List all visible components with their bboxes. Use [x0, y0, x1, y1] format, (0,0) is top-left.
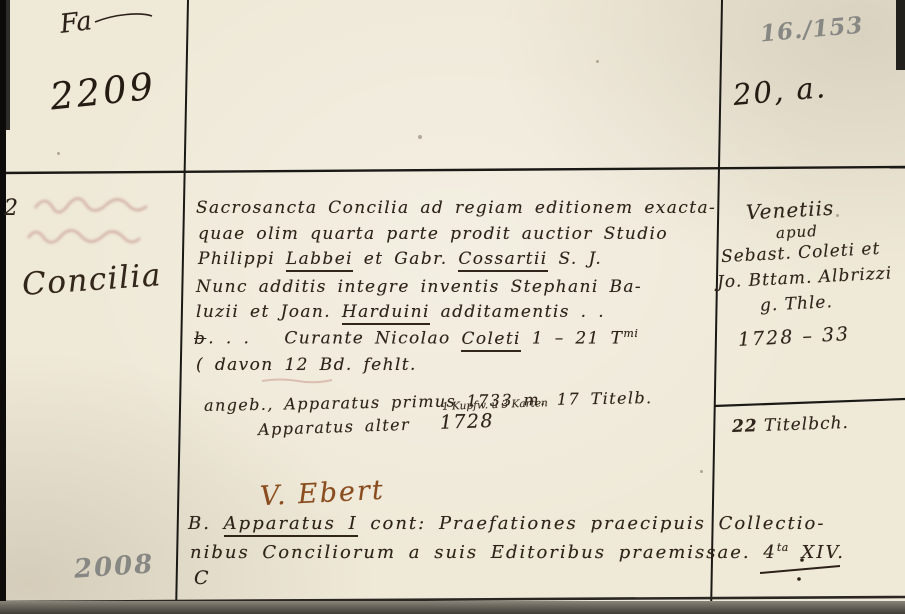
- struck-insertion-mark: b: [194, 329, 206, 349]
- volume-range-superscript: mi: [623, 327, 638, 340]
- plates-word: Titelbch.: [757, 413, 849, 436]
- paper-speck: [596, 60, 599, 63]
- imprint-publisher-2: Jo. Bttam. Albrizzi: [717, 263, 893, 292]
- note-text: cont: Praefationes praecipuis Collectio-: [358, 513, 826, 534]
- author-cossartii: Cossartii: [458, 249, 547, 272]
- title-line-4: Nunc additis integre inventis Stephani B…: [196, 277, 642, 297]
- note-roman-numeral: XIV.: [789, 542, 845, 563]
- scan-edge-top-left: [0, 0, 10, 130]
- paper-speck: [418, 135, 422, 139]
- title-line-3-text: Philippi: [198, 249, 286, 269]
- reference-note-line-2: nibus Conciliorum a suis Editoribus prae…: [190, 541, 845, 563]
- continuation-mark: C: [194, 567, 209, 589]
- fa-flourish-stroke: [95, 14, 152, 22]
- title-line-5-text: luzii et Joan.: [196, 302, 342, 322]
- paper-speck: [700, 470, 703, 473]
- title-line-3: Philippi Labbei et Gabr. Cossartii S. J.: [198, 249, 602, 269]
- apparatus-alter-note: Apparatus alter1728: [258, 410, 495, 440]
- author-harduini: Harduini: [342, 302, 430, 325]
- imprint-years: 1728 – 33: [738, 323, 851, 351]
- note-prefix: B.: [188, 513, 224, 534]
- format-mark: Fa: [58, 6, 93, 40]
- pencil-inventory-number: 2008: [73, 549, 155, 585]
- plates-note: 22 Titelbch.: [732, 413, 850, 437]
- imprint-place: Venetiis: [745, 196, 834, 225]
- location-mark: 20, a.: [732, 70, 828, 112]
- paper-speck: [836, 214, 839, 217]
- title-line-5-text: additamentis . .: [430, 302, 605, 322]
- title-line-2: quae olim quarta parte prodit auctior St…: [198, 224, 668, 244]
- editor-coleti: Coleti: [461, 329, 520, 352]
- title-line-6-text: Curante Nicolao: [284, 329, 461, 349]
- format-number: 4: [763, 542, 776, 563]
- title-line-3-text: S. J.: [548, 249, 603, 269]
- imprint-format-note: g. Thle.: [760, 292, 834, 316]
- imprint-relator: apud: [776, 222, 819, 242]
- left-column-rule-line: [176, 0, 188, 614]
- pink-correction-stroke: [262, 380, 332, 383]
- title-line-5: luzii et Joan. Harduini additamentis . .: [196, 302, 605, 322]
- interlinear-plates-note: 1 Kupfw. ü 3 Karten: [442, 397, 548, 413]
- apparatus-alter-text: Apparatus alter: [258, 415, 411, 439]
- accession-number: 2209: [48, 65, 158, 119]
- apparatus-alter-year: 1728: [440, 410, 495, 434]
- title-line-6: b. . .Curante Nicolao Coleti 1 – 21 Tmi: [194, 327, 638, 349]
- scan-edge-bottom: [0, 601, 905, 614]
- plates-count: 22: [732, 416, 758, 437]
- title-line-1: Sacrosancta Concilia ad regiam editionem…: [196, 198, 716, 218]
- ellipsis-dots: . . .: [208, 329, 250, 349]
- volume-range: 1 – 21 T: [521, 329, 624, 349]
- imprint-publisher-1: Sebast. Coleti et: [721, 239, 881, 267]
- paper-speck: [57, 152, 60, 155]
- format-superscript: ta: [777, 541, 789, 554]
- catalog-card-scan: Fa 2209 16./153 20, a. 2 Concilia Sacros…: [0, 0, 905, 614]
- pencil-shelfmark: 16./153: [759, 12, 864, 48]
- subject-heading: Concilia: [21, 257, 163, 303]
- reference-note-line-1: B. Apparatus I cont: Praefationes praeci…: [188, 513, 825, 534]
- margin-mark: 2: [4, 196, 18, 221]
- missing-volume-note: ( davon 12 Bd. fehlt.: [196, 355, 417, 375]
- apparatus-ref: Apparatus I: [224, 513, 358, 537]
- reference-name: V. Ebert: [259, 475, 385, 512]
- author-labbei: Labbei: [286, 249, 353, 272]
- header-rule-line: [0, 167, 905, 173]
- note-text: nibus Conciliorum a suis Editoribus prae…: [190, 542, 763, 563]
- imprint-divider-line: [714, 399, 905, 406]
- scan-edge-top-right: [896, 0, 905, 70]
- apparatus-primus-note: angeb., Apparatus primus 1733 m. 17 Tite…: [204, 388, 653, 415]
- title-line-3-text: et Gabr.: [353, 249, 458, 269]
- faded-scribble-strokes: [28, 198, 147, 242]
